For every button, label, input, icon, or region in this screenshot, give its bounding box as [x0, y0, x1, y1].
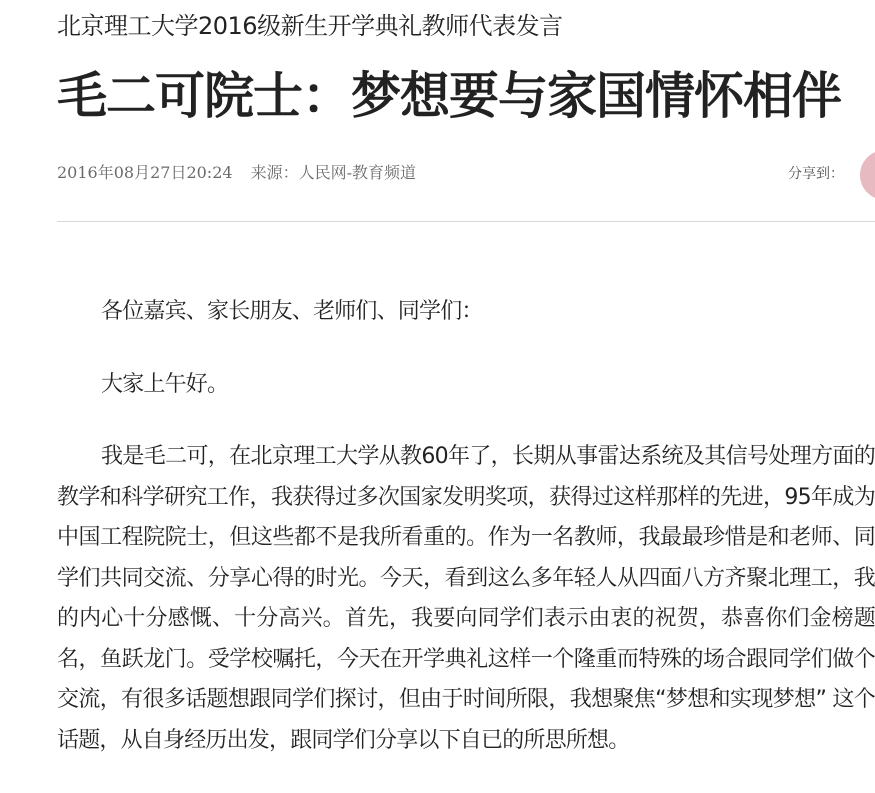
paragraph-greeting: 各位嘉宾、家长朋友、老师们、同学们： [57, 292, 875, 333]
article-source[interactable]: 来源：人民网-教育频道 [251, 163, 416, 182]
paragraph-intro: 我是毛二可，在北京理工大学从教60年了，长期从事雷达系统及其信号处理方面的教学和… [57, 437, 875, 761]
share-label: 分享到： [788, 164, 844, 184]
header-divider [57, 221, 875, 222]
article-body: 各位嘉宾、家长朋友、老师们、同学们： 大家上午好。 我是毛二可，在北京理工大学从… [57, 292, 875, 793]
paragraph-good-morning: 大家上午好。 [57, 365, 875, 406]
article-headline: 毛二可院士：梦想要与家国情怀相伴 [57, 64, 841, 128]
publish-datetime: 2016年08月27日20:24 [57, 163, 233, 182]
share-circle-icon[interactable] [860, 150, 875, 200]
article-subtitle: 北京理工大学2016级新生开学典礼教师代表发言 [57, 10, 563, 42]
article-meta: 2016年08月27日20:24来源：人民网-教育频道 [57, 162, 416, 184]
